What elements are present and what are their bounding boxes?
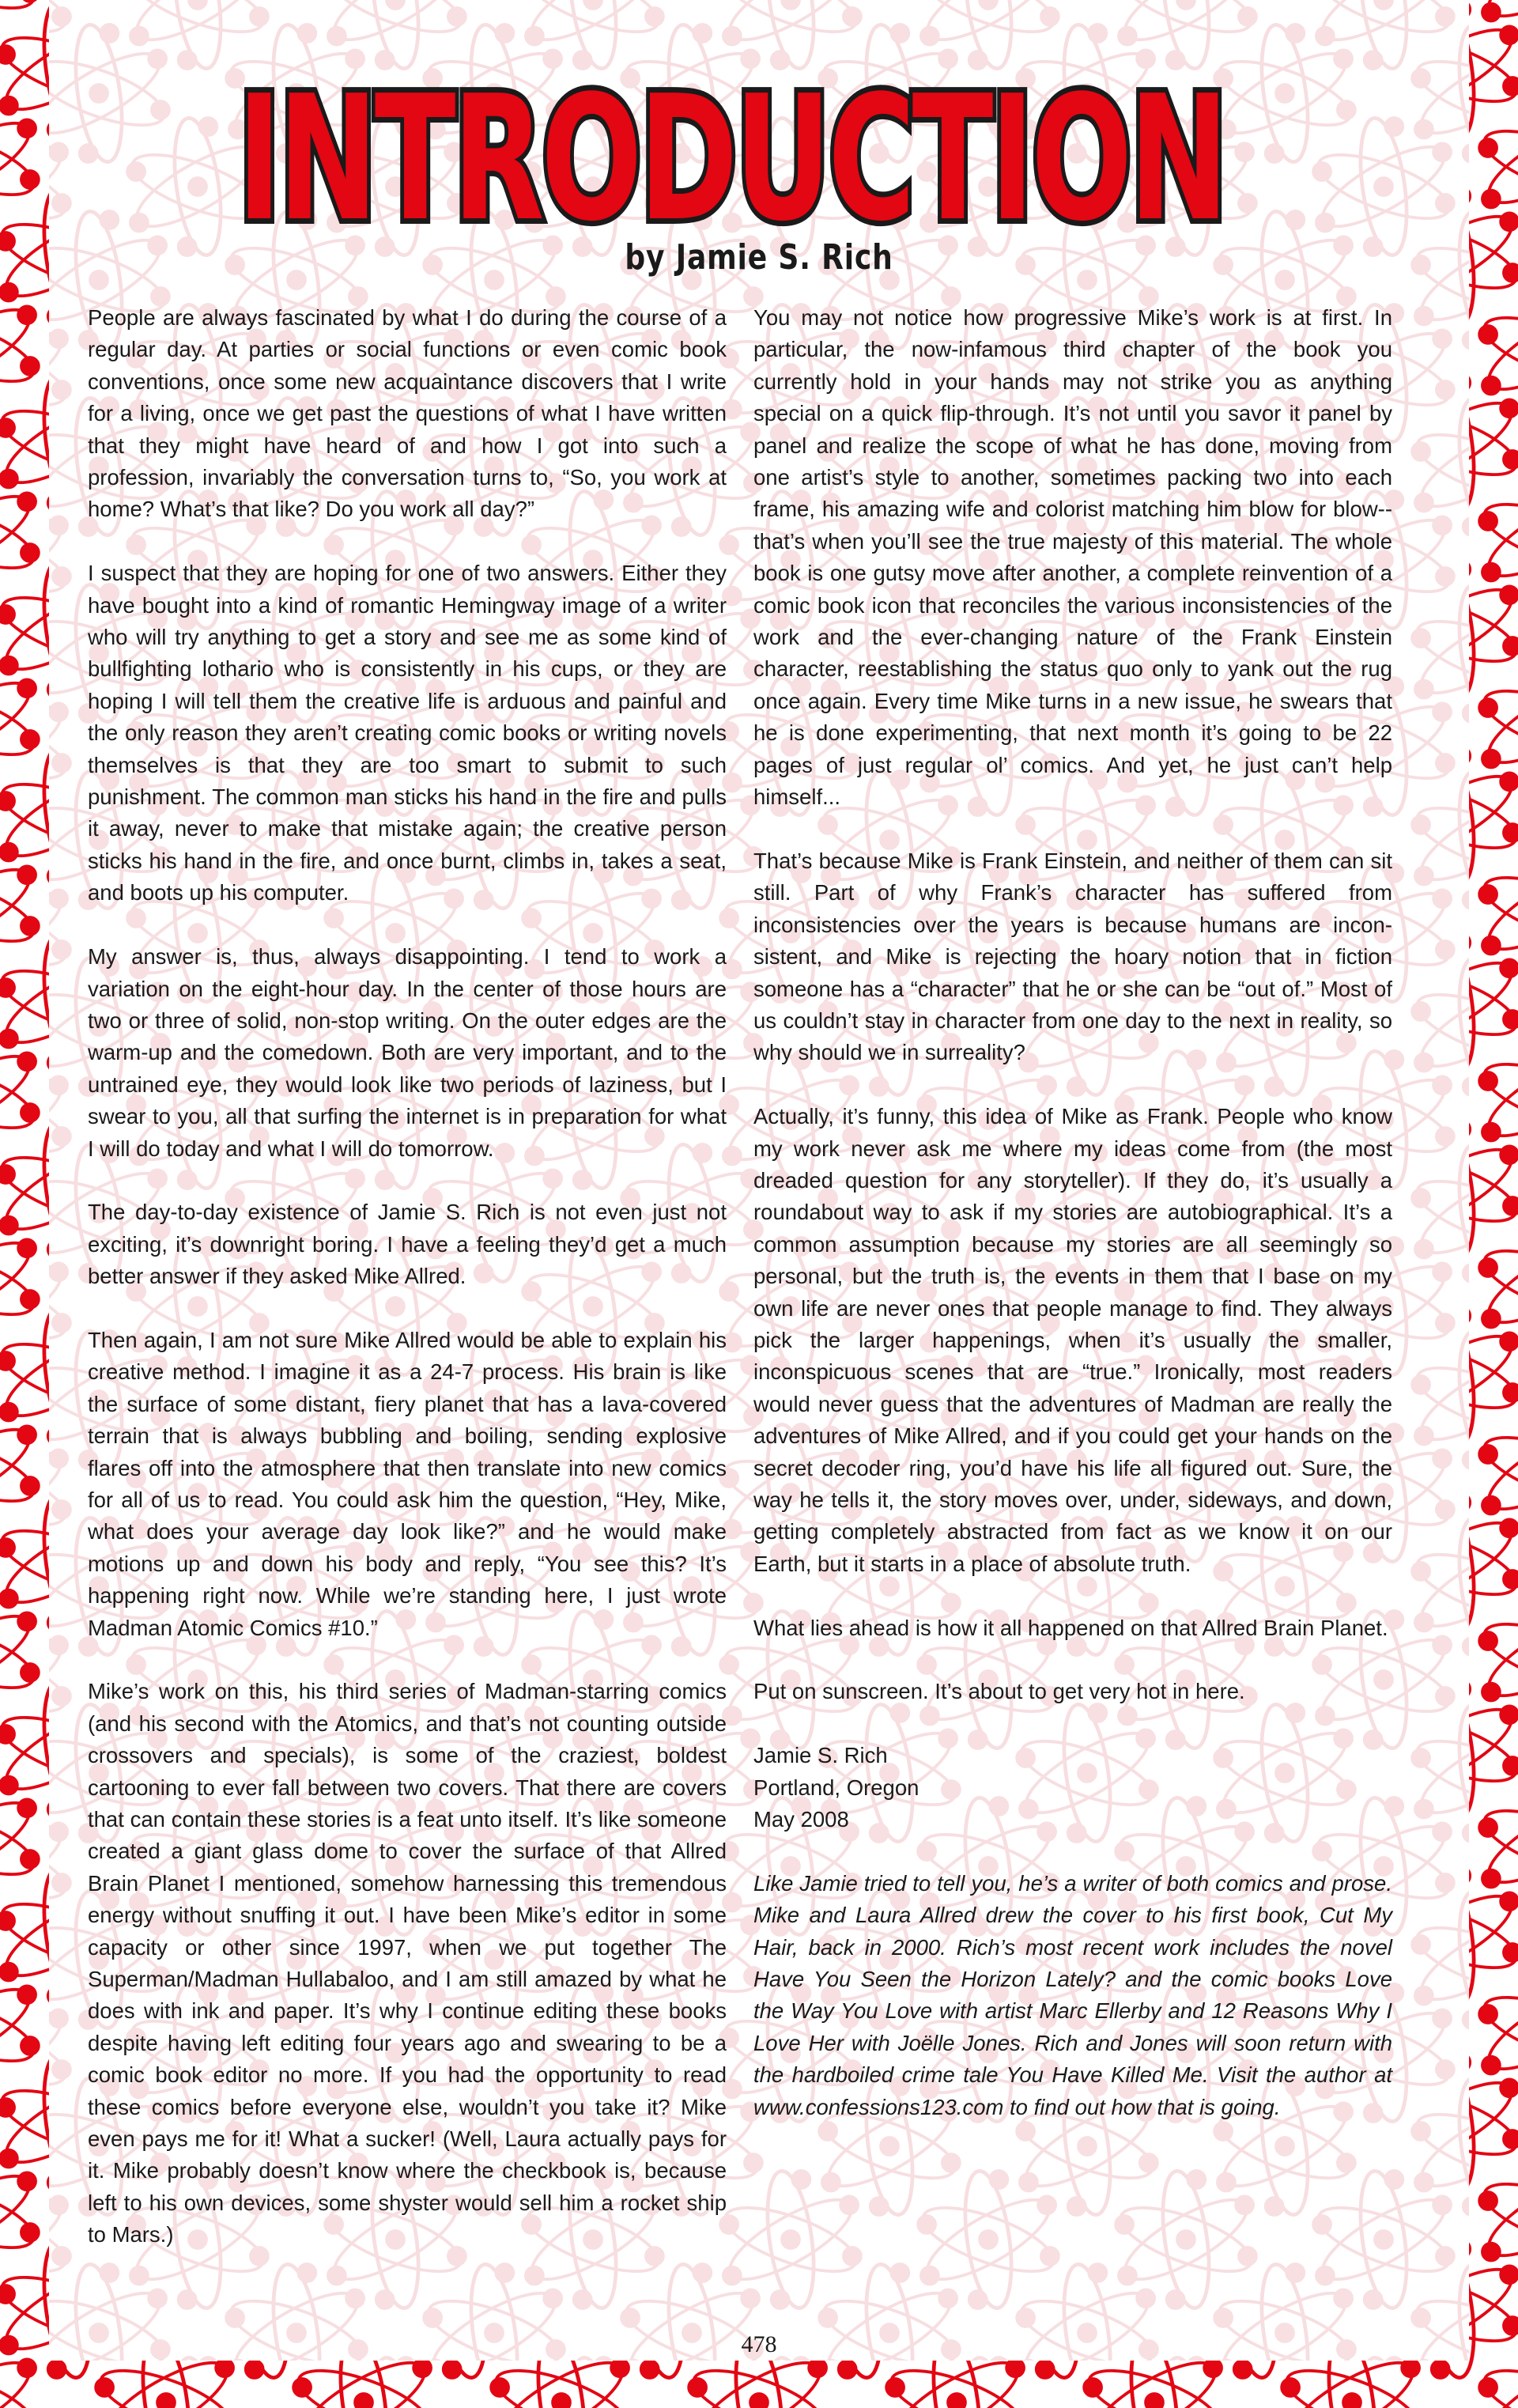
page-title: INTRODUCTION (229, 63, 1233, 253)
paragraph: Actually, it’s funny, this idea of Mike … (753, 1101, 1392, 1580)
paragraph: Mike’s work on this, his third series of… (88, 1676, 727, 2251)
author-byline: by Jamie S. Rich (137, 237, 1381, 278)
paragraph: Then again, I am not sure Mike Allred wo… (88, 1325, 727, 1644)
paragraph: What lies ahead is how it all happened o… (753, 1612, 1392, 1644)
signature-name: Jamie S. Rich (753, 1740, 1392, 1771)
left-column: People are always fascinated by what I d… (88, 302, 727, 2283)
paragraph: I suspect that they are hoping for one o… (88, 558, 727, 909)
right-column: You may not notice how progressive Mike’… (753, 302, 1392, 2155)
author-bio: Like Jamie tried to tell you, he’s a wri… (753, 1868, 1392, 2123)
document-page: INTRODUCTION by Jamie S. Rich People are… (0, 0, 1518, 2408)
signature-block: Jamie S. Rich Portland, Oregon May 2008 (753, 1740, 1392, 1835)
paragraph: The day-to-day existence of Jamie S. Ric… (88, 1196, 727, 1292)
signature-location: Portland, Oregon (753, 1772, 1392, 1804)
page-number: 478 (0, 2331, 1518, 2358)
paragraph: Put on sunscreen. It’s about to get very… (753, 1676, 1392, 1707)
paragraph: That’s because Mike is Frank Einstein, a… (753, 845, 1392, 1069)
title-block: INTRODUCTION (229, 63, 1233, 253)
paragraph: You may not notice how progressive Mike’… (753, 302, 1392, 814)
signature-date: May 2008 (753, 1804, 1392, 1835)
paragraph: People are always fascinated by what I d… (88, 302, 727, 526)
page-title-text: INTRODUCTION (237, 59, 1225, 259)
paragraph: My answer is, thus, always disappointing… (88, 941, 727, 1165)
